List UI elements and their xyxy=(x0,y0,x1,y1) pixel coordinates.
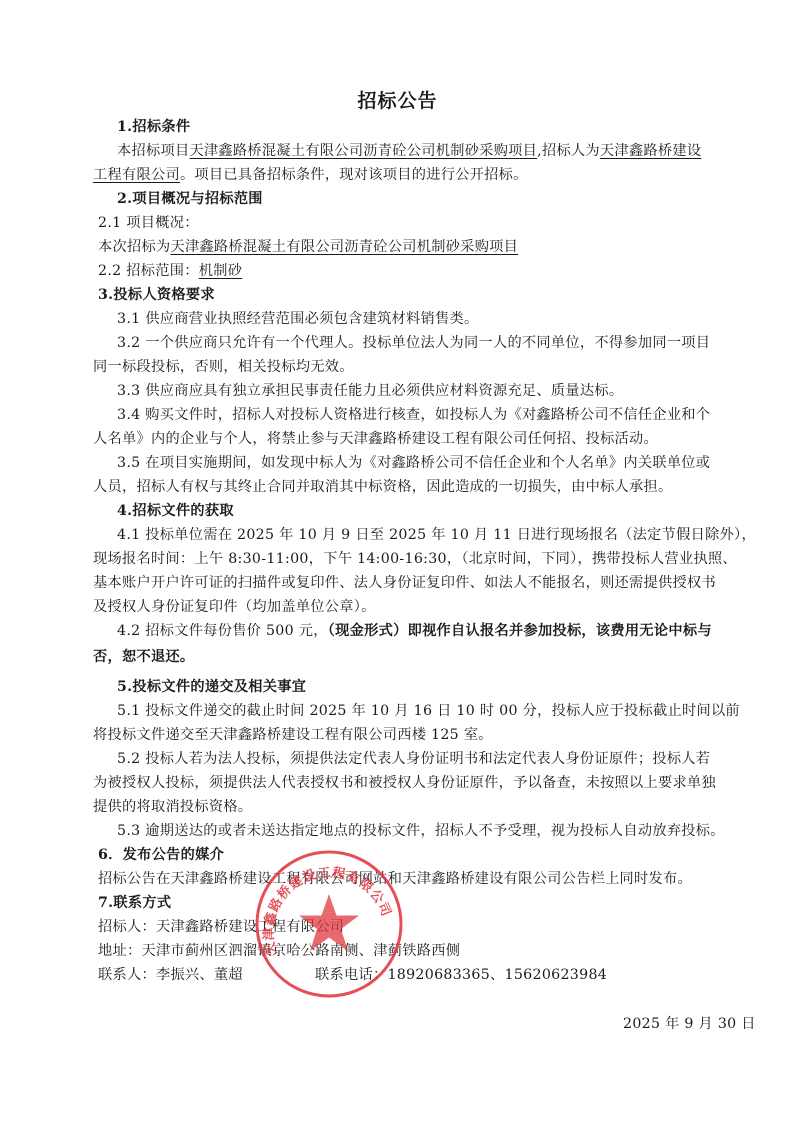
section-5-item-1-line-1: 5.1 投标文件递交的截止时间 2025 年 10 月 16 日 10 时 00… xyxy=(117,702,740,720)
text: 。项目已具备招标条件，现对该项目的进行公开招标。 xyxy=(180,167,528,183)
section-4-item-1-line-1: 4.1 投标单位需在 2025 年 10 月 9 日至 2025 年 10 月 … xyxy=(117,526,756,544)
section-4-heading: 4.招标文件的获取 xyxy=(117,502,234,520)
section-2-2: 2.2 招标范围：机制砂 xyxy=(98,262,242,280)
text: 本次招标为 xyxy=(98,239,170,255)
text: ,招标人为 xyxy=(537,143,600,159)
section-3-item-5-line-2: 人员，招标人有权与其终止合同并取消其中标资格，因此造成的一切损失，由中标人承担。 xyxy=(93,478,673,496)
section-5-item-2-line-2: 为被授权人投标，须提供法人代表授权书和被授权人身份证原件，予以备查，未按照以上要… xyxy=(93,774,716,792)
section-3-item-1: 3.1 供应商营业执照经营范围必须包含建筑材料销售类。 xyxy=(117,310,479,328)
section-6-heading: 6．发布公告的媒介 xyxy=(98,846,224,864)
text: 4.2 招标文件每份售价 500 元， xyxy=(117,623,328,639)
contact-person: 联系人：李振兴、董超 xyxy=(98,966,243,984)
tenderer-name-cont: 工程有限公司 xyxy=(93,167,180,183)
text: 本招标项目 xyxy=(117,143,189,159)
section-5-item-3: 5.3 逾期送达的或者未送达指定地点的投标文件，招标人不予受理，视为投标人自动放… xyxy=(117,822,725,840)
section-1-heading: 1.招标条件 xyxy=(117,118,190,136)
section-5-heading: 5.投标文件的递交及相关事宜 xyxy=(117,678,306,696)
section-4-item-2-line-2: 否，恕不退还。 xyxy=(93,648,194,666)
section-4-item-1-line-2: 现场报名时间：上午 8:30-11:00，下午 14:00-16:30，（北京时… xyxy=(93,550,737,568)
section-5-item-2-line-1: 5.2 投标人若为法人投标，须提供法定代表人身份证明书和法定代表人身份证原件；投… xyxy=(117,750,710,768)
section-2-1-text: 本次招标为天津鑫路桥混凝土有限公司沥青砼公司机制砂采购项目 xyxy=(98,238,518,256)
section-1-paragraph-line-1: 本招标项目天津鑫路桥混凝土有限公司沥青砼公司机制砂采购项目,招标人为天津鑫路桥建… xyxy=(117,142,701,160)
section-3-item-3: 3.3 供应商应具有独立承担民事责任能力且必须供应材料资源充足、质量达标。 xyxy=(117,382,623,400)
contact-phone: 联系电话：18920683365、15620623984 xyxy=(315,966,607,984)
section-2-1-label: 2.1 项目概况： xyxy=(98,214,199,232)
section-3-item-4-line-2: 人名单》内的企业与个人，将禁止参与天津鑫路桥建设工程有限公司任何招、投标活动。 xyxy=(93,430,658,448)
section-4-item-1-line-4: 及授权人身份证复印件（均加盖单位公章）。 xyxy=(93,598,376,616)
section-5-item-2-line-3: 提供的将取消投标资格。 xyxy=(93,798,252,816)
section-4-item-2-line-1: 4.2 招标文件每份售价 500 元，（现金形式）即视作自认报名并参加投标，该费… xyxy=(117,622,712,640)
document-date: 2025 年 9 月 30 日 xyxy=(623,1015,756,1033)
section-5-item-1-line-2: 将投标文件递交至天津鑫路桥建设工程有限公司西楼 125 室。 xyxy=(93,726,493,744)
section-3-item-5-line-1: 3.5 在项目实施期间，如发现中标人为《对鑫路桥公司不信任企业和个人名单》内关联… xyxy=(117,454,710,472)
text: 2.2 招标范围： xyxy=(98,263,199,279)
contact-tenderer: 招标人：天津鑫路桥建设工程有限公司 xyxy=(98,918,344,936)
scope-value: 机制砂 xyxy=(199,263,242,279)
section-4-item-1-line-3: 基本账户开户许可证的扫描件或复印件、法人身份证复印件、如法人不能报名，则还需提供… xyxy=(93,574,716,592)
section-7-heading: 7.联系方式 xyxy=(98,894,171,912)
project-name: 天津鑫路桥混凝土有限公司沥青砼公司机制砂采购项目 xyxy=(189,143,537,159)
section-3-heading: 3.投标人资格要求 xyxy=(98,286,215,304)
document-title: 招标公告 xyxy=(0,86,795,113)
section-2-heading: 2.项目概况与招标范围 xyxy=(117,190,263,208)
section-6-text: 招标公告在天津鑫路桥建设工程有限公司网站和天津鑫路桥建设有限公司公告栏上同时发布… xyxy=(98,870,692,888)
contact-address: 地址：天津市蓟州区泗溜镇京哈公路南侧、津蓟铁路西侧 xyxy=(98,942,460,960)
section-3-item-2-line-2: 同一标段投标，否则，相关投标均无效。 xyxy=(93,358,354,376)
tenderer-name: 天津鑫路桥建设 xyxy=(600,143,701,159)
section-3-item-4-line-1: 3.4 购买文件时，招标人对投标人资格进行核查，如投标人为《对鑫路桥公司不信任企… xyxy=(117,406,710,424)
tender-announcement-page: 招标公告 1.招标条件 本招标项目天津鑫路桥混凝土有限公司沥青砼公司机制砂采购项… xyxy=(0,0,795,1124)
section-1-paragraph-line-2: 工程有限公司。项目已具备招标条件，现对该项目的进行公开招标。 xyxy=(93,166,528,184)
project-name: 天津鑫路桥混凝土有限公司沥青砼公司机制砂采购项目 xyxy=(170,239,518,255)
section-3-item-2-line-1: 3.2 一个供应商只允许有一个代理人。投标单位法人为同一人的不同单位，不得参加同… xyxy=(117,334,710,352)
bold-text: （现金形式）即视作自认报名并参加投标，该费用无论中标与 xyxy=(328,623,712,639)
